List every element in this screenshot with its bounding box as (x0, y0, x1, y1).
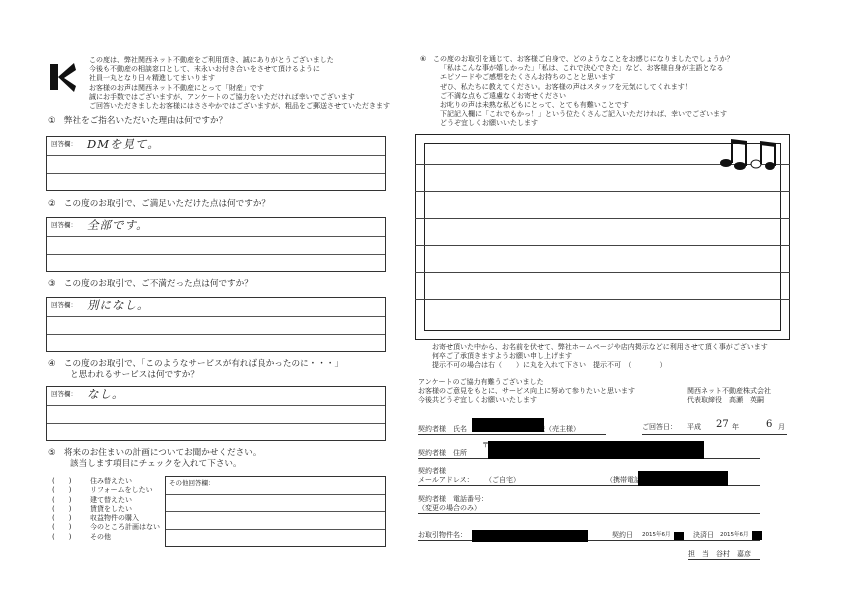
music-notes-icon (718, 137, 780, 171)
answer-text-4: なし。 (87, 386, 125, 402)
answer-box-1[interactable]: 回答欄： DMを見て。 (46, 136, 386, 191)
question-4: ④ この度のお取引で、「このようなサービスが有れば良かったのに・・・」 と思われ… (48, 359, 343, 381)
question-1: ① 弊社をご指名いただいた理由は何ですか？ (48, 116, 227, 127)
company-logo-icon (50, 62, 76, 92)
redacted-settlement-day (752, 531, 762, 540)
answer-label: 回答欄： (51, 389, 77, 398)
phone-field[interactable]: （変更の場合のみ） (418, 503, 760, 514)
answer-box-4[interactable]: 回答欄： なし。 (46, 386, 386, 441)
redacted-mobile (638, 471, 728, 486)
plan-option[interactable]: ( )その他 (52, 533, 160, 542)
answer-label: 回答欄： (51, 220, 77, 229)
plan-option[interactable]: ( )住み替えたい (52, 477, 160, 486)
question-3: ③ この度のお取引で、ご不満だった点は何ですか？ (48, 279, 253, 290)
plan-option[interactable]: ( )今のところ計画はない (52, 523, 160, 532)
staff-field: 担 当 谷村 嘉彦 (688, 549, 760, 560)
thanks-text: アンケートのご協力有難うございました お客様のご意見をもとに、サービス向上に努め… (418, 378, 635, 406)
answer-box-3[interactable]: 回答欄： 別になし。 (46, 297, 386, 352)
answer-label: 回答欄： (51, 300, 77, 309)
answer-text-1: DMを見て。 (87, 136, 160, 152)
publish-note: お寄せ頂いた中から、お名前を伏せて、弊社ホームページや店内掲示などに利用させて頂… (432, 343, 768, 371)
plan-option[interactable]: ( )リフォームをしたい (52, 486, 160, 495)
plan-checklist: ( )住み替えたい ( )リフォームをしたい ( )建て替えたい ( )賃貸をし… (52, 477, 160, 542)
opt-out-field[interactable]: 提示不可の場合は右（ ）に丸を入れて下さい 提示不可 （ ） (432, 361, 768, 370)
plan-option[interactable]: ( )建て替えたい (52, 496, 160, 505)
redacted-address (488, 441, 704, 459)
question-5: ⑤ 将来のお住まいの計画についてお聞かせください。 該当します項目にチェックを入… (48, 448, 261, 470)
answer-box-2[interactable]: 回答欄： 全部です。 (46, 217, 386, 272)
plan-option[interactable]: ( )賃貸をしたい (52, 505, 160, 514)
answer-label: 回答欄： (51, 139, 77, 148)
answer-text-3: 別になし。 (87, 297, 150, 313)
property-field: お取引物件名： 契約日 2015年6月 決済日 2015年6月 (418, 530, 760, 541)
answer-date-field: ご回答日： 平成 27 年 6 月 (642, 422, 787, 435)
question-2: ② この度のお取引で、ご満足いただけた点は何ですか？ (48, 199, 270, 210)
company-signature: 関西ネット不動産株式会社 代表取締役 高瀬 英嗣 (687, 387, 771, 405)
redacted-name (472, 418, 544, 432)
question-6: ⑥ この度のお取引を通じて、お客様ご自身で、どのようなことをお感じになりましたで… (420, 55, 734, 129)
other-answer-label: その他回答欄： (169, 478, 215, 487)
redacted-contract-day (674, 532, 684, 540)
intro-text: この度は、弊社関西ネット不動産をご利用頂き、誠にありがとうございました 今後も不… (89, 56, 390, 111)
comment-frame[interactable] (415, 134, 790, 340)
answer-text-2: 全部です。 (87, 217, 149, 233)
other-answer-box[interactable]: その他回答欄： (165, 476, 386, 547)
redacted-property (472, 530, 588, 542)
